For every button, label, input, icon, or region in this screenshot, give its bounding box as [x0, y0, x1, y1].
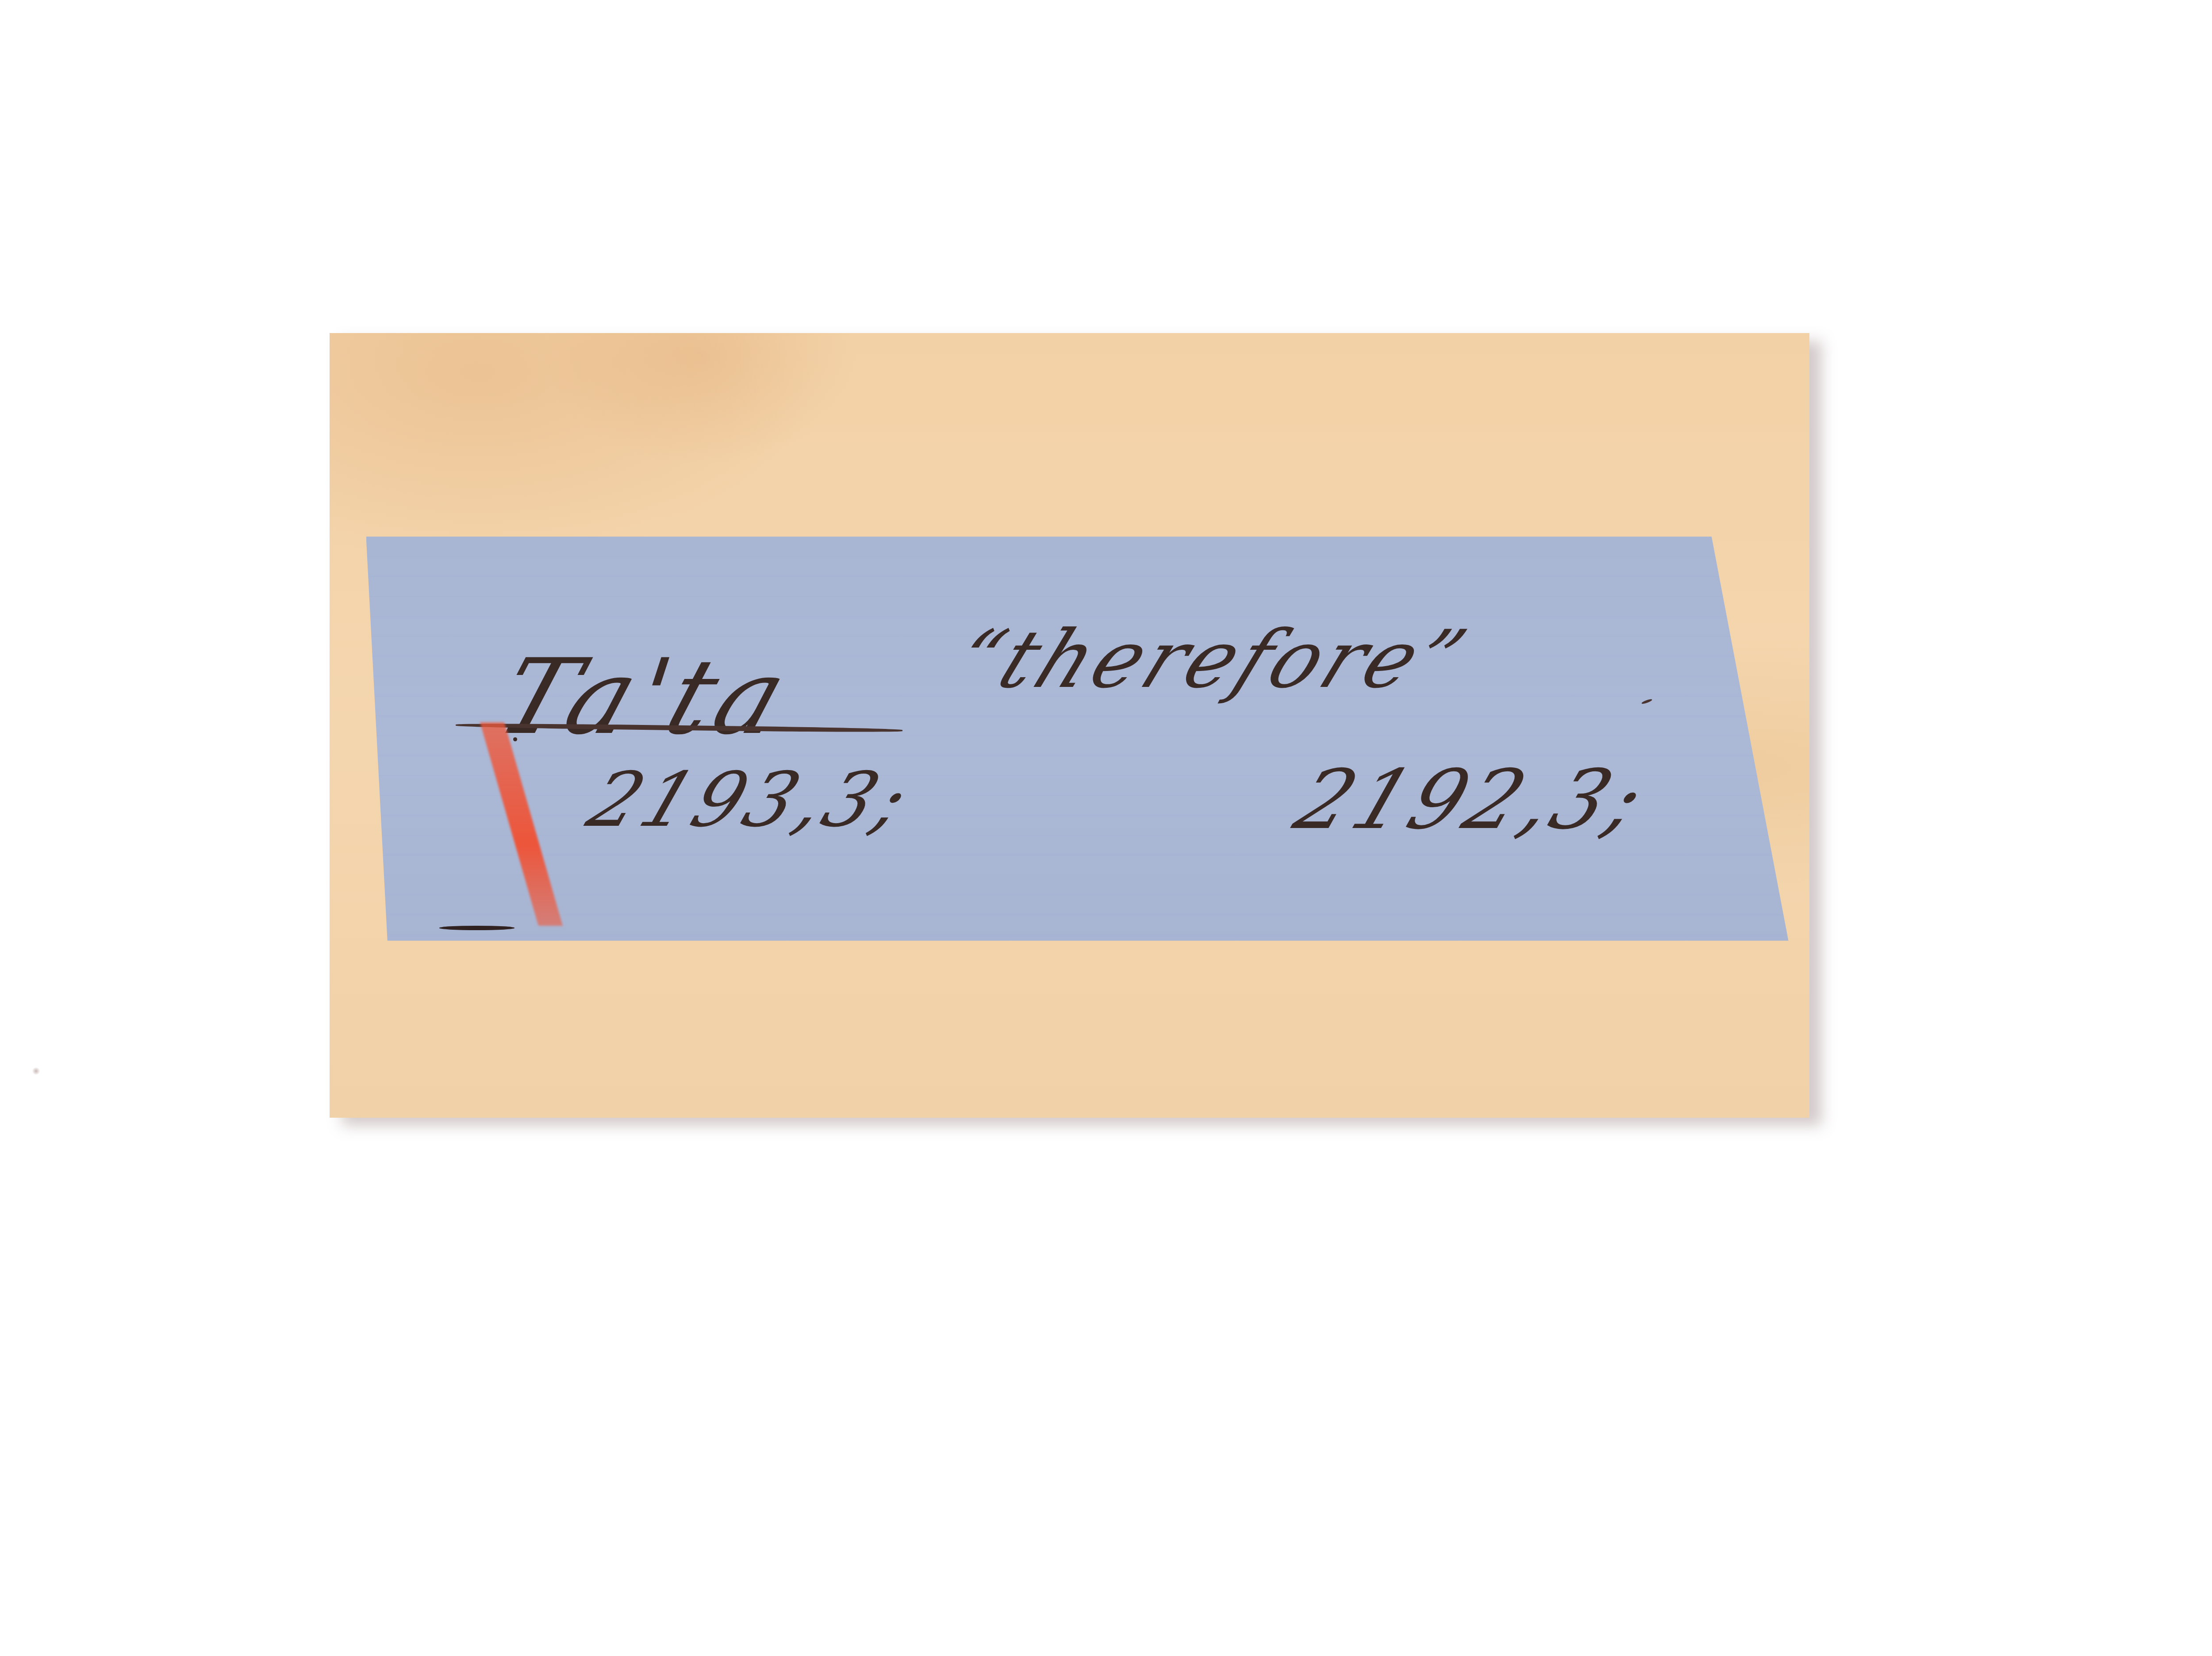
ink-dot	[513, 737, 517, 741]
gloss-text: “therefore”	[941, 613, 1482, 706]
reference-right: 2192,3;	[1283, 752, 1661, 847]
ink-dash	[439, 926, 515, 930]
headword: Ta'ta	[485, 637, 806, 758]
dust-speck	[32, 1067, 40, 1075]
reference-left: 2193,3;	[577, 756, 924, 844]
photo-stage: Ta'ta “therefore” 2193,3; 2192,3;	[0, 0, 2212, 1474]
